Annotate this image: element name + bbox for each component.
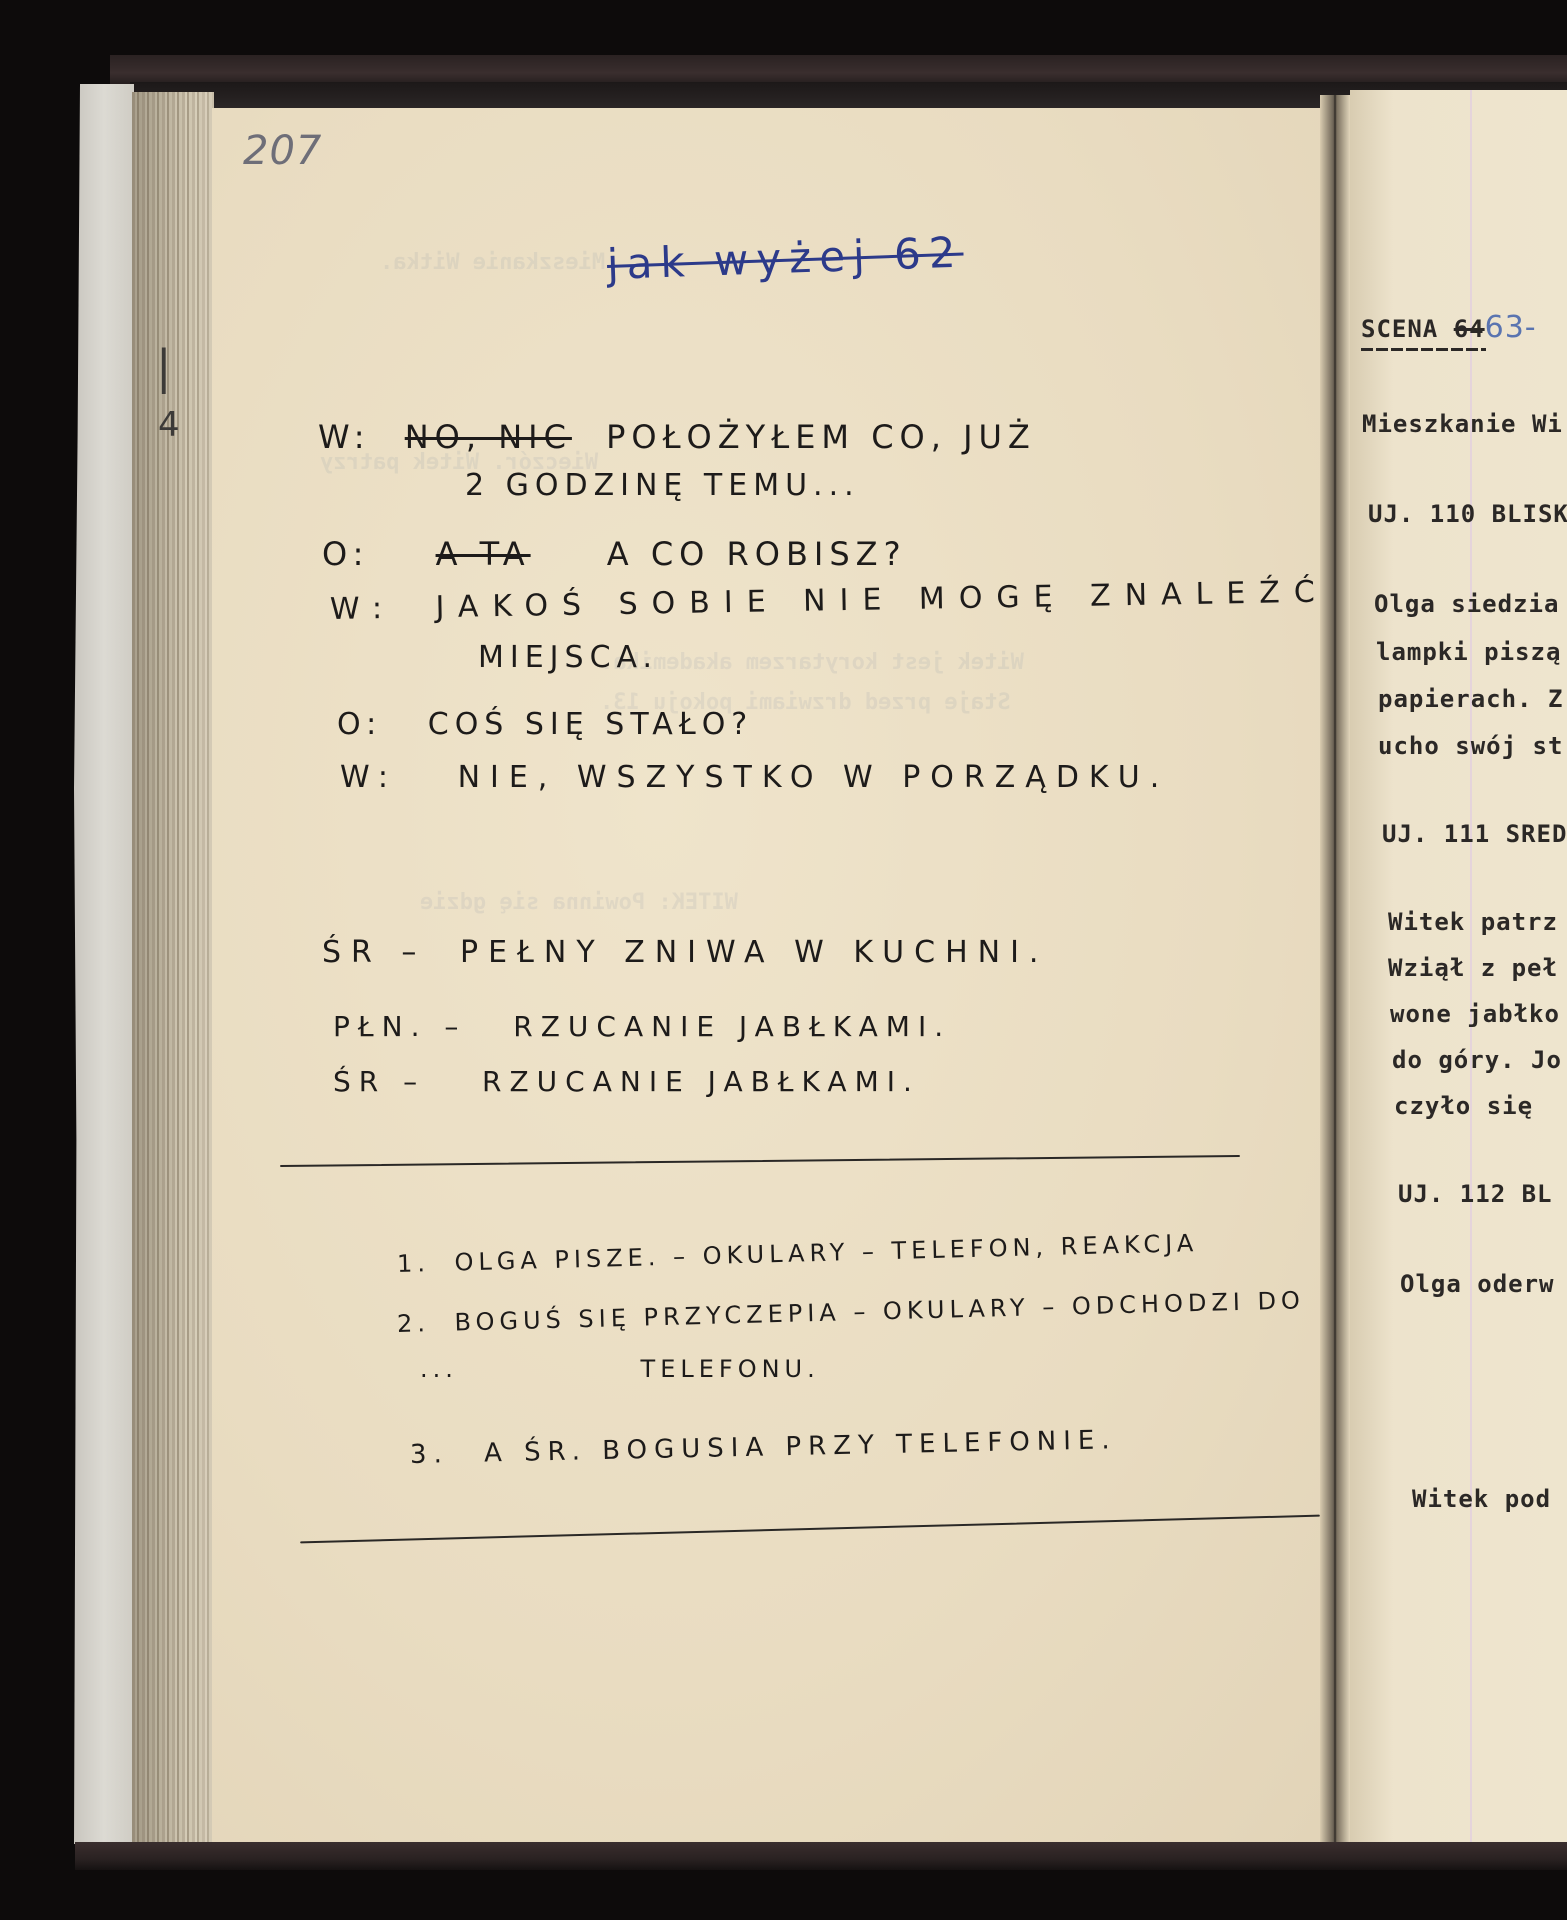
speaker-label: W: [340,760,398,795]
speaker-label: O: [322,535,369,573]
margin-mark: 4 [158,405,180,445]
action-line: papierach. Z [1378,685,1563,713]
plan-number: 3. [410,1439,449,1470]
action-line: do góry. Jo [1392,1046,1562,1074]
shot-line: UJ. 110 BLISK [1368,500,1567,528]
page-stack-edges [132,92,214,1842]
action-line: Witek pod [1412,1485,1551,1513]
left-page [212,108,1330,1842]
action-line: Olga siedzia [1374,590,1559,618]
dialogue-text: COŚ SIĘ STAŁO? [428,707,753,742]
plan-number: 1. [397,1249,431,1278]
book-cover-bottom-edge [75,1842,1567,1870]
action-line: Witek patrz [1388,908,1558,936]
bleed-through-line: Witek jest korytarzem akademika. [600,650,1024,675]
action-line: Olga oderw [1400,1270,1555,1298]
action-line: czyło się [1394,1092,1533,1120]
scene-heading: SCENA 6463- [1361,310,1537,345]
book-gutter [1320,95,1350,1842]
shot-line: UJ. 112 BL [1398,1180,1553,1208]
speaker-label: W: [330,591,397,627]
dialogue-text: NIE, WSZYSTKO W PORZĄDKU. [458,760,1170,795]
dialogue-line: W: NIE, WSZYSTKO W PORZĄDKU. [340,760,1169,795]
plan-text: TELEFONU. [641,1355,820,1383]
location-line: Mieszkanie Wi [1362,410,1563,438]
shot-line: UJ. 111 SRED [1382,820,1567,848]
action-line: ucho swój st [1378,732,1563,760]
plan-item: ... TELEFONU. [420,1355,820,1383]
struck-words: NO, NIC [405,418,572,456]
shot-size-label: ŚR – [333,1065,425,1098]
scene-underline [1361,348,1486,351]
scene-number-edit: 63- [1485,310,1537,345]
book-cover-top-edge [110,55,1567,85]
shot-size-label: PŁN. – [333,1010,466,1043]
dialogue-line: W: NO, NIC POŁOŻYŁEM CO, JUŻ [318,418,1036,456]
struck-words: A TA [436,535,531,573]
shot-note: PŁN. – RZUCANIE JABŁKAMI. [333,1010,951,1043]
page-number: 207 [243,128,322,174]
plan-number: ... [420,1355,458,1383]
action-line: Wziął z peł [1388,954,1558,982]
dialogue-text: A CO ROBISZ? [607,535,907,573]
right-page-text-clip: SCENA 6463- Mieszkanie Wi UJ. 110 BLISK … [1350,90,1567,1842]
speaker-label: W: [318,418,371,456]
scene-label: SCENA [1361,315,1438,343]
action-line: wone jabłko [1390,1000,1560,1028]
speaker-label: O: [337,707,382,742]
margin-mark: | [156,340,172,394]
scene-number-struck: 64 [1454,315,1485,343]
shot-size-label: ŚR – [322,935,426,970]
action-line: lampki piszą [1376,638,1561,666]
plan-number: 2. [397,1309,431,1338]
shot-note-text: PEŁNY ZNIWA W KUCHNI. [460,935,1049,970]
shot-note: ŚR – PEŁNY ZNIWA W KUCHNI. [322,935,1048,970]
bleed-through-line: Mieszkanie Witka. [380,250,605,275]
dialogue-line: 2 GODZINĘ TEMU... [465,468,860,503]
shot-note: ŚR – RZUCANIE JABŁKAMI. [333,1065,920,1098]
shot-note-text: RZUCANIE JABŁKAMI. [482,1065,920,1098]
bleed-through-line: WITEK: Powinna się gdzie [420,890,738,915]
dialogue-text: POŁOŻYŁEM CO, JUŻ [606,418,1036,456]
dialogue-line: MIEJSCA. [478,640,658,675]
dialogue-line: O: A TA A CO ROBISZ? [322,535,907,573]
shot-note-text: RZUCANIE JABŁKAMI. [513,1010,951,1043]
torn-flyleaf [74,84,134,1844]
dialogue-line: O: COŚ SIĘ STAŁO? [337,707,753,742]
